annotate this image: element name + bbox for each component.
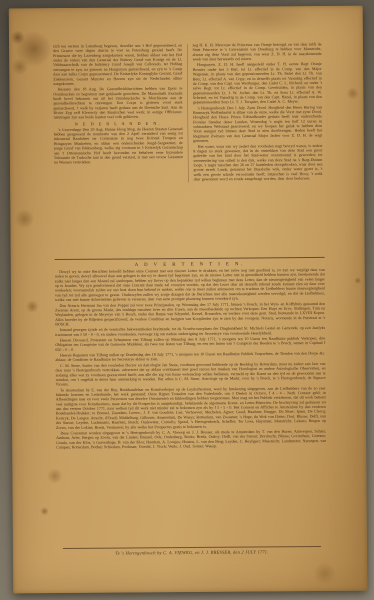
news-paragraph: 's Hertogenbosch Den 1 July. Zyne Doorl.… [193,105,322,143]
news-paragraph: zeg H. K. H. Mevrouw de Princesse van Or… [192,42,321,62]
photo-background: zich ten eersten in Lazenberg begeven, d… [0,0,374,600]
news-column-left: zich ten eersten in Lazenberg begeven, d… [53,43,183,184]
newspaper-page: zich ten eersten in Lazenberg begeven, d… [9,6,368,594]
advert-paragraph: Deze Couranten worden uitgegeven te 's H… [56,429,326,450]
imprint-line: Te 's Hertogenbosch by C. A. VIEWEG, en … [57,549,327,556]
advert-paragraph: Den Notaris Hermant Jan van den Poppel z… [55,301,325,327]
news-paragraph: zich ten eersten in Lazenberg begeven, d… [53,43,182,86]
news-paragraph: Het water, waar van wy zedert den voorle… [193,143,322,181]
column-divider [187,44,189,183]
advert-paragraph: Te Amsterdam by E. van der Hey, Boekhand… [56,386,326,430]
news-paragraph: Hongaryen. Z. D. H. heeft aangesteld ond… [193,62,322,105]
advert-paragraph: Dewyl wy in onze Berichten beloofd hebbe… [55,267,325,302]
advert-paragraph: C. M. Stene, Suster van den voorleden Do… [55,361,325,387]
news-column-right: zeg H. K. H. Mevrouw de Princesse van Or… [192,42,322,183]
news-paragraph: Bassano den 18 Aug. De Gezondheidsberich… [53,86,182,120]
section-rule [55,257,325,260]
imprint-area: Te 's Hertogenbosch by C. A. VIEWEG, en … [57,549,327,562]
page-content: zich ten eersten in Lazenberg begeven, d… [53,42,327,585]
advert-paragraph: Heeren Drossard, Protestant en Schepenen… [55,336,325,352]
news-paragraph: 's Gravenhage Den 29 Aug. Hunne Hoog Mog… [54,126,183,164]
advertisements-section: A D V E R T E N T I E N. Dewyl wy in onz… [55,261,327,544]
news-section: zich ten eersten in Lazenberg begeven, d… [53,42,325,257]
nederlanden-header: N E D E R L A N D E N. [54,120,183,126]
